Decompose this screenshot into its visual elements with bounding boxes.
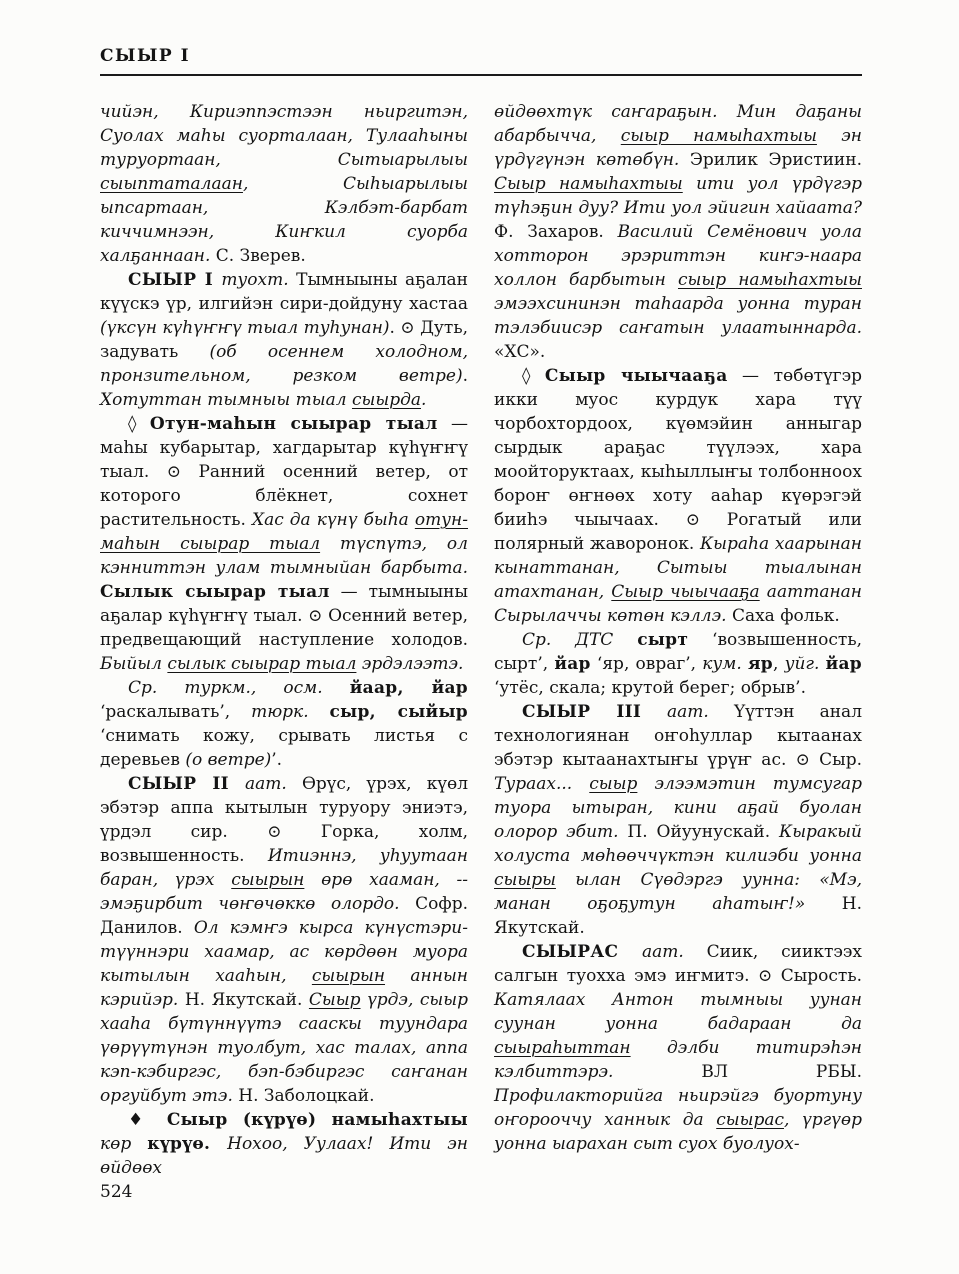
guide-word: СЫЫР I <box>100 46 190 66</box>
running-header: СЫЫР I <box>100 46 862 66</box>
paragraph: ◊ Сыыр чыычааҕа — төбөтүгэр икки муос ку… <box>494 364 862 628</box>
text-segment: Н. Заболоцкай. <box>238 1086 374 1106</box>
text-segment: ‘снимать кожу, срывать листья с деревьев <box>100 726 468 770</box>
page-number: 524 <box>100 1182 132 1202</box>
text-segment: Быйыл <box>100 654 167 674</box>
text-segment: П. Ойуунускай. <box>627 822 779 842</box>
dictionary-page: СЫЫР I чийэн, Кириэппэстээн ньиргитэн, С… <box>0 0 959 1274</box>
text-segment: СЫЫР I <box>128 270 221 290</box>
text-segment: сыыр намыһахтыы <box>621 126 817 146</box>
text-segment: көр <box>100 1134 147 1154</box>
text-segment: аат. <box>642 942 707 962</box>
paragraph: ◊ Отун-маһын сыырар тыал — маһы кубарыта… <box>100 412 468 676</box>
text-segment: сырт <box>637 630 688 650</box>
text-segment: сыыраһыттан <box>494 1038 631 1058</box>
text-segment: ’. <box>271 750 282 770</box>
text-segment: тюрк. <box>251 702 329 722</box>
text-segment: аат. <box>667 702 734 722</box>
text-columns: чийэн, Кириэппэстээн ньиргитэн, Суолах м… <box>100 100 862 1180</box>
text-segment: Эрилик Эристиин. <box>690 150 862 170</box>
paragraph: өйдөөхтүк саҥараҕын. Мин даҕаны абарбычч… <box>494 100 862 364</box>
text-segment: сыырын <box>312 966 385 986</box>
text-segment: . <box>421 390 426 410</box>
text-segment: ‘утёс, скала; крутой берег; обрыв’. <box>494 678 806 698</box>
text-segment: Ф. Захаров. <box>494 222 618 242</box>
text-segment: ВЛ РБЫ. <box>701 1062 862 1082</box>
paragraph: Ср. ДТС сырт ‘возвышенность, сырт’, йар … <box>494 628 862 700</box>
text-segment: Катялаах Антон тымныы уунан суунан уонна… <box>494 990 862 1034</box>
text-segment: (о ветре) <box>185 750 271 770</box>
text-segment: — төбөтүгэр икки муос курдук хара түү чо… <box>494 366 862 554</box>
paragraph: СЫЫР II аат. Өрүс, үрэх, күөл эбэтэр апп… <box>100 772 468 1108</box>
text-segment: эмээхсининэн таһаарда уонна туран тэлэби… <box>494 294 862 338</box>
text-segment: . <box>463 366 468 386</box>
text-segment: СЫЫРАС <box>522 942 642 962</box>
paragraph: СЫЫРАС аат. Сиик, сииктээх салгын туохха… <box>494 940 862 1156</box>
text-segment: Хотуттан тымныы тыал <box>100 390 352 410</box>
paragraph: СЫЫР III аат. Үүттэн анал технологиянан … <box>494 700 862 940</box>
page-footer: 524 <box>100 1182 132 1202</box>
text-segment: сыырас <box>716 1110 784 1130</box>
text-segment: (үксүн күһүҥҥү тыал туһунан) <box>100 318 390 338</box>
text-segment: , <box>773 654 785 674</box>
text-segment: сыыры <box>494 870 556 890</box>
text-segment: СЫЫР III <box>522 702 667 722</box>
text-segment: сыырда <box>352 390 421 410</box>
text-segment: йаар, йар <box>350 678 468 698</box>
text-segment: йар <box>554 654 590 674</box>
text-segment: ◊ <box>128 414 150 434</box>
text-segment: йар <box>826 654 862 674</box>
text-segment: сыр, сыйыр <box>329 702 468 722</box>
text-segment: сыырын <box>231 870 304 890</box>
text-segment: Отун-маһын сыырар тыал <box>150 414 438 434</box>
text-segment: СЫЫР II <box>128 774 245 794</box>
text-segment: Саха фольк. <box>732 606 840 626</box>
paragraph: ♦ Сыыр (күрүө) намыһахтыы көр күрүө. Нох… <box>100 1108 468 1180</box>
text-segment: С. Зверев. <box>216 246 306 266</box>
text-segment: сыыр намыһахтыы <box>678 270 862 290</box>
left-column: чийэн, Кириэппэстээн ньиргитэн, Суолах м… <box>100 100 468 1180</box>
text-segment: аат. <box>245 774 302 794</box>
text-segment: «ХС». <box>494 342 545 362</box>
text-segment: Сыыр (күрүө) намыһахтыы <box>167 1110 468 1130</box>
text-segment: ‘яр, овраг’, <box>591 654 703 674</box>
header-rule <box>100 74 862 76</box>
text-segment: ◊ <box>522 366 545 386</box>
text-segment: сыыр <box>589 774 637 794</box>
text-segment: чийэн, Кириэппэстээн ньиргитэн, Суолах м… <box>100 102 468 170</box>
text-segment: уйг. <box>785 654 826 674</box>
text-segment: Тураах... <box>494 774 589 794</box>
paragraph: чийэн, Кириэппэстээн ньиргитэн, Суолах м… <box>100 100 468 268</box>
text-segment: сыыптаталаан <box>100 174 243 194</box>
paragraph: Ср. туркм., осм. йаар, йар ‘раскалывать’… <box>100 676 468 772</box>
text-segment: Хас да күнү быһа <box>252 510 415 530</box>
text-segment: Н. Якутскай. <box>185 990 309 1010</box>
text-segment: Ср. ДТС <box>522 630 637 650</box>
text-segment: кум. <box>702 654 748 674</box>
text-segment: яр <box>748 654 773 674</box>
text-segment: Сыыр чыычааҕа <box>545 366 728 386</box>
text-segment: сылык сыырар тыал <box>167 654 356 674</box>
right-column: өйдөөхтүк саҥараҕын. Мин даҕаны абарбычч… <box>494 100 862 1156</box>
text-segment: күрүө. <box>147 1134 227 1154</box>
text-segment: эрдэлээтэ. <box>356 654 463 674</box>
text-segment: Ср. туркм., осм. <box>128 678 350 698</box>
text-segment: Сыыр намыһахтыы <box>494 174 683 194</box>
text-segment: ‘раскалывать’, <box>100 702 251 722</box>
text-segment: Сыыр чыычааҕа <box>611 582 759 602</box>
text-segment: Сыыр <box>309 990 361 1010</box>
paragraph: СЫЫР I туохт. Тымныыны аҕалан күүскэ үр,… <box>100 268 468 412</box>
text-segment: ♦ <box>128 1110 167 1130</box>
text-segment: Сылык сыырар тыал <box>100 582 330 602</box>
text-segment: туохт. <box>221 270 296 290</box>
